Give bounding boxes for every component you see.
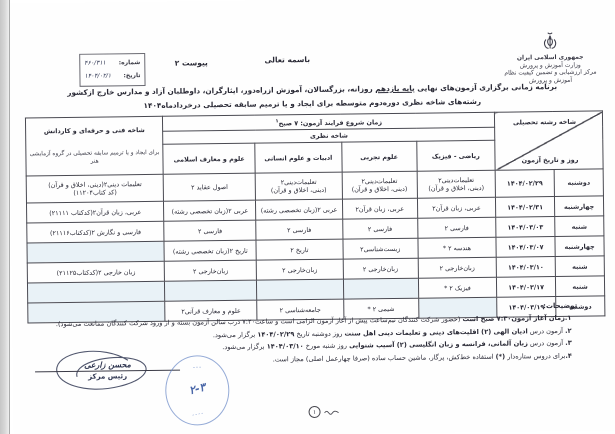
subject-cell	[165, 280, 257, 301]
subject-cell: تعلیمات‌دینی۲ (دینی، اخلاق و قرآن)	[342, 171, 417, 199]
note-text: آزمون درس	[528, 339, 565, 347]
date-label: تاریخ:	[123, 72, 140, 80]
note-text: روز دوشنبه تاریخ	[294, 329, 344, 338]
subject-cell: زبان‌خارجی ۲	[165, 260, 257, 281]
document-title-line2: رشته‌های شاخه نظری دوره‌دوم متوسطه برای …	[25, 95, 600, 111]
date-cell: ۱۴۰۴/۰۳/۱۰	[496, 257, 555, 278]
column-header-eslami: علوم و معارف اسلامی	[163, 144, 255, 175]
subject-cell: هندسه ۲ *	[418, 237, 497, 258]
note-number: ۱.	[565, 314, 572, 322]
note-text: روز شنبه مورخ	[304, 342, 349, 351]
note-text: استفاده خط‌کش، پرگار، ماشین حساب ساده (ص…	[273, 353, 496, 364]
banner-text: زمان شروع فرایند آزمون: ۷ صبح	[279, 118, 383, 127]
day-cell: شنبه	[555, 256, 604, 277]
subject-cell: زیست‌شناسی۲	[343, 238, 418, 259]
reference-box: شماره: ۴۶۰/۳۱۱ تاریخ: ۱۴۰۴/۰۲/۱	[79, 53, 145, 87]
column-header-adabiat: ادبیات و علوم انسانی	[255, 143, 342, 174]
fanni-title: شاخه فنی و حرفه‌ای و کاردانش	[28, 126, 160, 136]
subject-cell: تاریخ ۲	[256, 239, 343, 260]
scanner-edge	[0, 0, 10, 434]
subject-cell: تعلیمات‌دینی۲ (دینی، اخلاق و قرآن)	[417, 170, 496, 198]
title1-grade: پایه یازدهم	[375, 84, 415, 93]
subject-cell: عربی، زبان قرآن۲	[342, 198, 417, 219]
subject-cell: عربی ۲(زبان تخصصی رشته)	[164, 200, 256, 221]
subject-cell: عربی ۲(زبان تخصصی رشته)	[256, 199, 343, 220]
reference-date-row: تاریخ: ۱۴۰۴/۰۲/۱	[84, 72, 140, 81]
day-cell: دوشنبه	[554, 169, 603, 197]
subject-cell	[27, 241, 165, 263]
note-bold-text: ۱۴۰۴/۰۳/۱۰	[267, 342, 304, 350]
date-cell: ۱۴۰۴/۰۳/۰۷	[496, 237, 555, 258]
note-bold-text: زمان آغاز آزمون۷:۳۰ صبح است	[462, 314, 564, 323]
signer-name: محسن زارعی	[35, 360, 180, 371]
day-cell: چهارشنبه	[555, 236, 604, 257]
fanni-column-header: شاخه فنی و حرفه‌ای و کاردانش برای ایجاد …	[25, 116, 163, 176]
org-line-center: مرکز ارزشیابی و تضمین کیفیت نظام	[496, 68, 604, 77]
notes-section: توضیحات: ۱.زمان آغاز آزمون۷:۳۰ صبح است (…	[30, 302, 578, 369]
number-value: ۴۶۰/۳۱۱	[84, 59, 105, 67]
stamp-number: ۲-۳	[166, 375, 229, 403]
subject-cell: زبان‌خارجی ۲	[418, 257, 497, 278]
signer-title: رئیس مرکز	[35, 372, 180, 382]
note-text: برای دروس ستاره‌دار	[505, 352, 565, 361]
day-cell: چهارشنبه	[554, 196, 603, 217]
day-cell: شنبه	[555, 216, 604, 237]
page-mark: ۱	[308, 406, 339, 418]
date-cell: ۱۴۰۴/۰۲/۲۹	[495, 170, 554, 198]
note-text: برگزار می‌شود.	[213, 330, 258, 339]
date-value: ۱۴۰۴/۰۲/۱	[84, 73, 111, 81]
page-mark-ring: ۱	[308, 406, 320, 418]
note-bold-text: زبان آلمانی، فرانسه و زبان انگلیسی (۲) آ…	[349, 340, 528, 350]
note-number: ۴.	[565, 352, 572, 360]
subject-cell: تاریخ ۲(زبان تخصصی رشته)	[164, 240, 256, 261]
note-text: آزمون درس	[528, 326, 565, 334]
ministry-logo-block: جمهوری اسلامی ایران وزارت آموزش و پرورش …	[496, 30, 605, 84]
page-mark-scribble	[324, 408, 340, 416]
title1-pre: برنامه زمانی برگزاری آزمون‌های نهایی	[415, 82, 557, 93]
subject-cell: فارسی ۲	[256, 219, 343, 240]
corner-branch-label: شاخه رشته تحصیلی	[513, 118, 576, 127]
note-number: ۲.	[565, 326, 572, 334]
subject-cell: عربی، زبان قرآن۲	[417, 197, 496, 218]
date-cell: ۱۴۰۴/۰۳/۰۳	[496, 217, 555, 238]
signature-block: محسن زارعی رئیس مرکز	[35, 360, 180, 382]
fanni-subtitle: برای ایجاد و یا ترمیم سابقه تحصیلی در گر…	[28, 150, 161, 167]
subject-cell: فیزیک ۲ *	[418, 277, 497, 298]
attachment-label: پیوست ۲	[151, 58, 231, 68]
corner-day-date-label: روز و تاریخ آزمون	[522, 156, 579, 165]
bismillah-text: باسمه تعالی	[237, 55, 337, 65]
column-header-tajrobi: علوم تجربی	[341, 142, 416, 172]
number-label: شماره:	[119, 59, 141, 67]
corner-header-cell: شاخه رشته تحصیلی روز و تاریخ آزمون	[495, 111, 604, 170]
subject-cell	[27, 281, 165, 303]
subject-cell	[257, 279, 344, 300]
reference-number-row: شماره: ۴۶۰/۳۱۱	[84, 59, 140, 68]
note-number: ۳.	[565, 339, 572, 347]
subject-cell: اصول عقاید ۲	[164, 173, 256, 201]
subject-cell: فارسی و نگارش ۲(کدکتاب۲۱۱۱۶)	[27, 221, 165, 243]
official-stamp: ۲-۳	[165, 355, 230, 426]
subject-cell: زبان خارجی ۲(کدکتاب۲۱۱۲۵)	[27, 261, 165, 283]
subject-cell: زبان‌خارجی ۲	[343, 258, 418, 279]
note-bold-text: ادیان الهی (۲) اقلیت‌های دینی و تعلیمات …	[344, 327, 527, 337]
subject-cell: عربی، زبان قرآن۲(کدکتاب ۲۱۱۱۱)	[26, 201, 164, 223]
subject-cell: فارسی ۲	[417, 217, 496, 238]
document-sheet: جمهوری اسلامی ایران وزارت آموزش و پرورش …	[9, 0, 615, 434]
day-cell: شنبه	[555, 276, 604, 297]
note-text: برگزار می‌شود.	[222, 343, 267, 352]
date-cell: ۱۴۰۴/۰۳/۱۷	[497, 277, 556, 298]
column-header-riazi: ریاضی - فیزیک	[416, 141, 495, 172]
subject-cell: فارسی ۲	[342, 218, 417, 239]
subject-cell: فارسی ۲	[164, 220, 256, 241]
note-bold-text: ۱۴۰۴/۰۲/۲۹	[257, 330, 294, 338]
iran-emblem-icon	[541, 31, 559, 53]
note-bold-text: (*)	[496, 352, 506, 360]
exam-schedule-table: شاخه رشته تحصیلی روز و تاریخ آزمون زمان …	[25, 110, 605, 323]
subject-cell: تعلیمات دینی۲(دینی، اخلاق و قرآن) (کد کت…	[26, 174, 164, 203]
subject-cell: زبان‌خارجی ۲	[256, 259, 343, 280]
subject-cell: تعلیمات‌دینی۲ (دینی، اخلاق و قرآن)	[255, 172, 342, 200]
subject-cell	[343, 278, 418, 299]
date-cell: ۱۴۰۴/۰۲/۳۱	[496, 197, 555, 218]
